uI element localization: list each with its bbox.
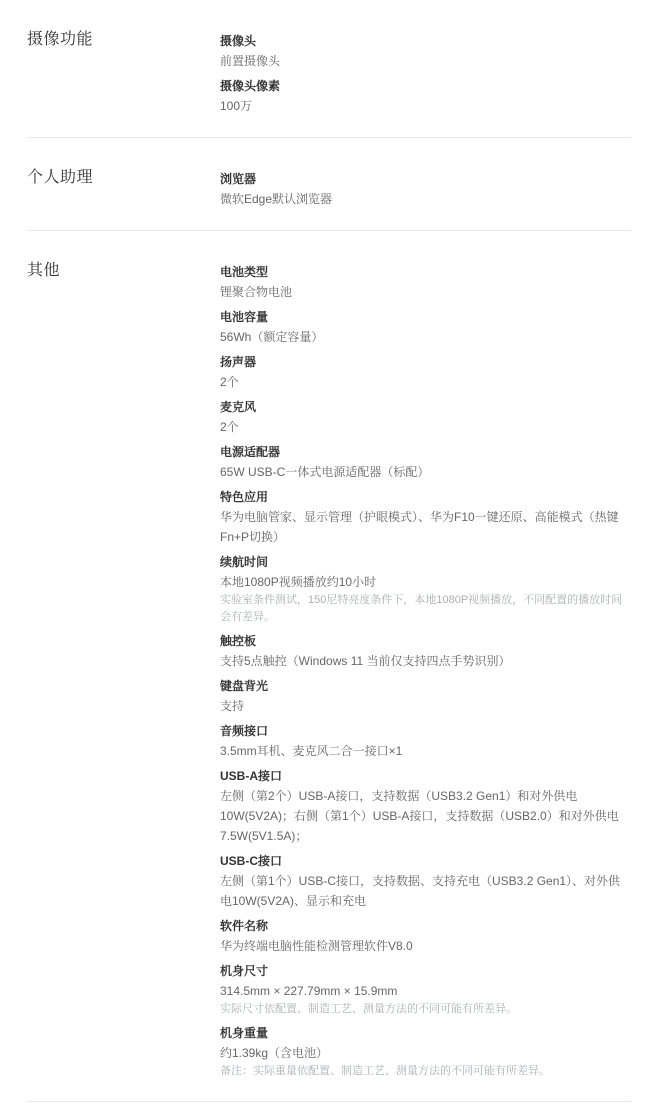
spec-item: 电源适配器 65W USB-C一体式电源适配器（标配） (220, 442, 631, 482)
spec-item: 键盘背光 支持 (220, 676, 631, 716)
spec-item: 特色应用 华为电脑管家、显示管理（护眼模式）、华为F10一键还原、高能模式（热键… (220, 487, 631, 547)
spec-label: USB-C接口 (220, 851, 631, 871)
spec-value: 前置摄像头 (220, 51, 631, 71)
spec-item: 音频接口 3.5mm耳机、麦克风二合一接口×1 (220, 721, 631, 761)
spec-note: 实验室条件测试，150尼特亮度条件下，本地1080P视频播放，不同配置的播放时间… (220, 592, 631, 626)
spec-page: 摄像功能 摄像头 前置摄像头 摄像头像素 100万 个人助理 浏览器 微软Edg… (0, 0, 658, 1112)
spec-item: 续航时间 本地1080P视频播放约10小时 实验室条件测试，150尼特亮度条件下… (220, 552, 631, 626)
spec-item: 摄像头 前置摄像头 (220, 31, 631, 71)
spec-value: 微软Edge默认浏览器 (220, 189, 631, 209)
spec-label: 续航时间 (220, 552, 631, 572)
spec-label: 软件名称 (220, 916, 631, 936)
spec-value: 华为电脑管家、显示管理（护眼模式）、华为F10一键还原、高能模式（热键Fn+P切… (220, 507, 631, 547)
spec-item: 电池类型 锂聚合物电池 (220, 262, 631, 302)
spec-label: USB-A接口 (220, 766, 631, 786)
spec-label: 触控板 (220, 631, 631, 651)
spec-label: 摄像头 (220, 31, 631, 51)
spec-item: USB-A接口 左侧（第2个）USB-A接口，支持数据（USB3.2 Gen1）… (220, 766, 631, 846)
spec-value: 65W USB-C一体式电源适配器（标配） (220, 462, 631, 482)
spec-label: 电池类型 (220, 262, 631, 282)
spec-section: 个人助理 浏览器 微软Edge默认浏览器 (27, 138, 631, 231)
spec-value: 左侧（第2个）USB-A接口，支持数据（USB3.2 Gen1）和对外供电10W… (220, 786, 631, 846)
spec-value: 约1.39kg（含电池） (220, 1043, 631, 1063)
bottom-spacer (0, 1102, 658, 1112)
section-body: 摄像头 前置摄像头 摄像头像素 100万 (220, 29, 631, 121)
spec-item: 麦克风 2个 (220, 397, 631, 437)
section-title: 个人助理 (27, 167, 220, 214)
spec-value: 314.5mm × 227.79mm × 15.9mm (220, 981, 631, 1001)
section-body: 浏览器 微软Edge默认浏览器 (220, 167, 631, 214)
spec-item: 扬声器 2个 (220, 352, 631, 392)
spec-item: 机身尺寸 314.5mm × 227.79mm × 15.9mm 实际尺寸依配置… (220, 961, 631, 1018)
spec-label: 特色应用 (220, 487, 631, 507)
spec-label: 电池容量 (220, 307, 631, 327)
spec-value: 锂聚合物电池 (220, 282, 631, 302)
spec-sections: 摄像功能 摄像头 前置摄像头 摄像头像素 100万 个人助理 浏览器 微软Edg… (0, 0, 658, 1102)
spec-item: 电池容量 56Wh（额定容量） (220, 307, 631, 347)
spec-label: 机身尺寸 (220, 961, 631, 981)
spec-label: 键盘背光 (220, 676, 631, 696)
spec-value: 2个 (220, 372, 631, 392)
spec-label: 摄像头像素 (220, 76, 631, 96)
spec-value: 华为终端电脑性能检测管理软件V8.0 (220, 936, 631, 956)
spec-item: USB-C接口 左侧（第1个）USB-C接口，支持数据、支持充电（USB3.2 … (220, 851, 631, 911)
spec-label: 机身重量 (220, 1023, 631, 1043)
spec-label: 音频接口 (220, 721, 631, 741)
spec-note: 备注：实际重量依配置、制造工艺、测量方法的不同可能有所差异。 (220, 1063, 631, 1080)
spec-note: 实际尺寸依配置、制造工艺、测量方法的不同可能有所差异。 (220, 1001, 631, 1018)
spec-section: 摄像功能 摄像头 前置摄像头 摄像头像素 100万 (27, 0, 631, 138)
spec-label: 扬声器 (220, 352, 631, 372)
spec-value: 3.5mm耳机、麦克风二合一接口×1 (220, 741, 631, 761)
spec-value: 左侧（第1个）USB-C接口，支持数据、支持充电（USB3.2 Gen1）、对外… (220, 871, 631, 911)
spec-item: 触控板 支持5点触控（Windows 11 当前仅支持四点手势识别） (220, 631, 631, 671)
spec-item: 软件名称 华为终端电脑性能检测管理软件V8.0 (220, 916, 631, 956)
spec-label: 电源适配器 (220, 442, 631, 462)
spec-label: 浏览器 (220, 169, 631, 189)
spec-label: 麦克风 (220, 397, 631, 417)
spec-value: 本地1080P视频播放约10小时 (220, 572, 631, 592)
spec-item: 浏览器 微软Edge默认浏览器 (220, 169, 631, 209)
spec-item: 机身重量 约1.39kg（含电池） 备注：实际重量依配置、制造工艺、测量方法的不… (220, 1023, 631, 1080)
spec-value: 支持 (220, 696, 631, 716)
section-title: 摄像功能 (27, 29, 220, 121)
spec-value: 支持5点触控（Windows 11 当前仅支持四点手势识别） (220, 651, 631, 671)
spec-value: 2个 (220, 417, 631, 437)
section-title: 其他 (27, 260, 220, 1085)
section-body: 电池类型 锂聚合物电池 电池容量 56Wh（额定容量） 扬声器 2个 麦克风 2… (220, 260, 631, 1085)
spec-value: 56Wh（额定容量） (220, 327, 631, 347)
spec-item: 摄像头像素 100万 (220, 76, 631, 116)
spec-section: 其他 电池类型 锂聚合物电池 电池容量 56Wh（额定容量） 扬声器 2个 麦克… (27, 231, 631, 1102)
spec-value: 100万 (220, 96, 631, 116)
